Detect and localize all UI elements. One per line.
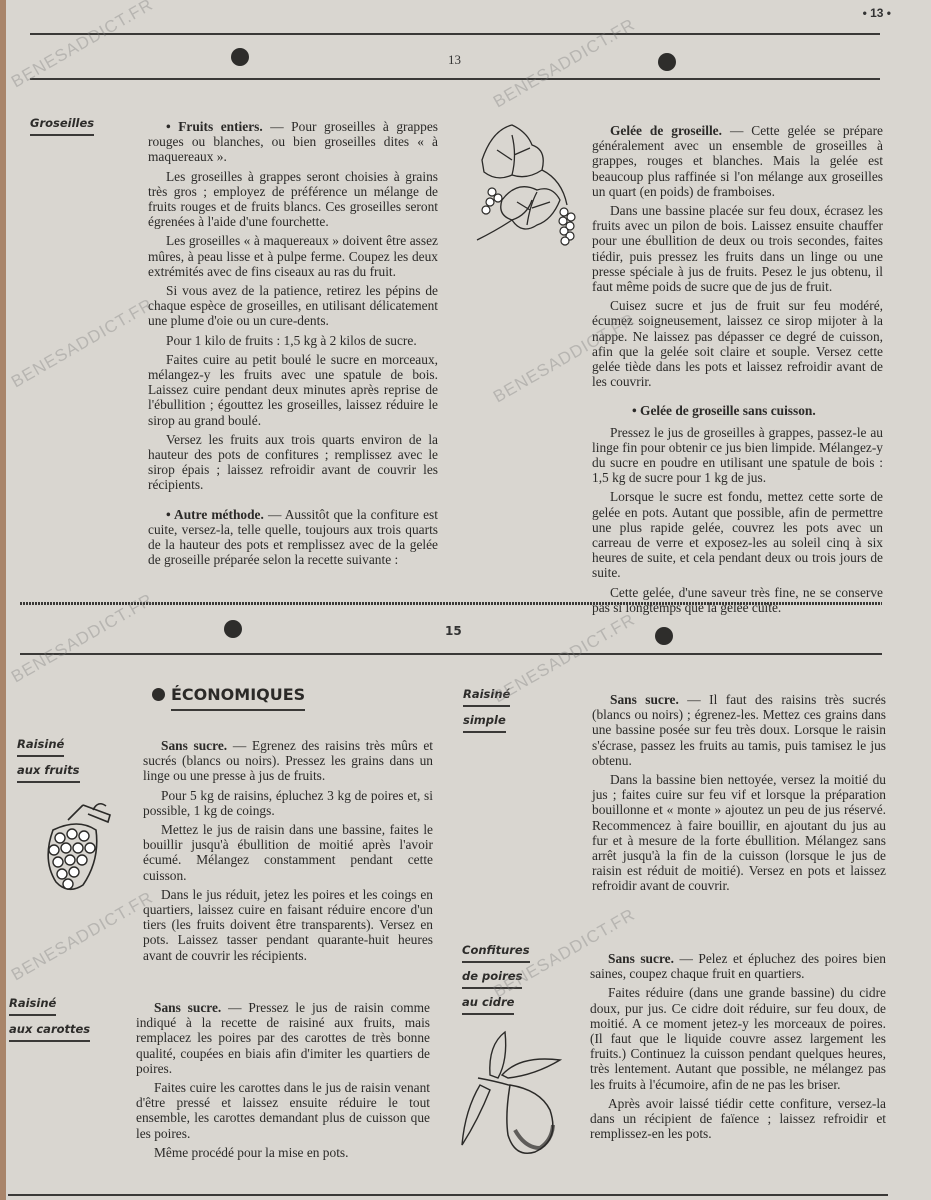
watermark-text: BENESADDICT.FR <box>8 295 157 393</box>
header-rule-bottom <box>30 78 880 80</box>
article-groseilles-fruits-entiers: • Fruits entiers. — Pour groseilles à gr… <box>148 119 438 571</box>
paragraph: Cuisez sucre et jus de fruit sur feu mod… <box>592 298 883 389</box>
paragraph: Pressez le jus de groseilles à grappes, … <box>592 425 883 486</box>
lead-in: Gelée de groseille. <box>610 123 722 138</box>
bullet-dot-icon <box>152 688 165 701</box>
article-confitures-de-poires-au-cidre: Sans sucre. — Pelez et épluchez des poir… <box>590 951 886 1145</box>
lead-in: • Autre méthode. <box>166 507 264 522</box>
paragraph: Dans une bassine placée sur feu doux, éc… <box>592 203 883 294</box>
article-raisine-simple: Sans sucre. — Il faut des raisins très s… <box>592 692 886 898</box>
article-raisine-aux-carottes: Sans sucre. — Pressez le jus de raisin c… <box>136 1000 430 1164</box>
grape-bunch-illustration <box>38 800 113 895</box>
lead-in: Sans sucre. <box>610 692 679 707</box>
paragraph: • Autre méthode. — Aussitôt que la confi… <box>148 507 438 568</box>
pear-illustration <box>460 1030 575 1160</box>
article-gelee-de-groseille: Gelée de groseille. — Cette gelée se pré… <box>592 123 883 619</box>
article-raisine-aux-fruits: Sans sucre. — Egrenez des raisins très m… <box>143 738 433 967</box>
currant-branch-illustration <box>472 120 590 250</box>
paragraph: Les groseilles « à maquereaux » doivent … <box>148 233 438 279</box>
paragraph: Dans le jus réduit, jetez les poires et … <box>143 887 433 963</box>
paragraph: Sans sucre. — Pressez le jus de raisin c… <box>136 1000 430 1076</box>
paragraph: Les groseilles à grappes seront choisies… <box>148 169 438 230</box>
paragraph: Versez les fruits aux trois quarts envir… <box>148 432 438 493</box>
lead-in: Sans sucre. <box>161 738 227 753</box>
side-label-confitures-de-poires-au-cidre: Confitures de poires au cidre <box>462 943 530 1021</box>
paragraph: Gelée de groseille. — Cette gelée se pré… <box>592 123 883 199</box>
side-label-raisine-aux-carottes: Raisiné aux carottes <box>9 996 90 1048</box>
paragraph: Dans la bassine bien nettoyée, versez la… <box>592 772 886 894</box>
paragraph: Mettez le jus de raisin dans une bassine… <box>143 822 433 883</box>
paragraph: Même procédé pour la mise en pots. <box>136 1145 430 1160</box>
side-label-raisine-aux-fruits: Raisiné aux fruits <box>17 737 80 789</box>
paragraph: Cette gelée, d'une saveur très fine, ne … <box>592 585 883 615</box>
footer-rule <box>8 1194 888 1196</box>
corner-folio: • 13 • <box>863 6 891 20</box>
paragraph: • Fruits entiers. — Pour groseilles à gr… <box>148 119 438 165</box>
paragraph: Faites cuire les carottes dans le jus de… <box>136 1080 430 1141</box>
page-number-bottom: 15 <box>445 624 462 638</box>
paragraph: Faites cuire au petit boulé le sucre en … <box>148 352 438 428</box>
paragraph: Lorsque le sucre est fondu, mettez cette… <box>592 489 883 580</box>
lead-in: • Fruits entiers. <box>166 119 263 134</box>
lead-in: Sans sucre. <box>608 951 674 966</box>
binding-spine <box>0 0 6 1200</box>
side-label-groseilles: Groseilles <box>30 116 94 142</box>
bullet-dot-icon <box>231 48 249 66</box>
paragraph: Si vous avez de la patience, retirez les… <box>148 283 438 329</box>
watermark-text: BENESADDICT.FR <box>8 888 157 986</box>
paragraph: Sans sucre. — Pelez et épluchez des poir… <box>590 951 886 981</box>
lead-in: Sans sucre. <box>154 1000 221 1015</box>
paragraph: Après avoir laissé tiédir cette confitur… <box>590 1096 886 1142</box>
paragraph: Pour 5 kg de raisins, épluchez 3 kg de p… <box>143 788 433 818</box>
section-title-economiques: ÉCONOMIQUES <box>152 685 305 704</box>
bullet-dot-icon <box>655 627 673 645</box>
paragraph: Sans sucre. — Egrenez des raisins très m… <box>143 738 433 784</box>
header-rule-top <box>30 33 880 35</box>
paragraph: Faites réduire (dans une grande bassine)… <box>590 985 886 1091</box>
page-separator-dotted <box>20 602 882 605</box>
section-rule <box>20 653 882 655</box>
subheading-gelee-sans-cuisson: • Gelée de groseille sans cuisson. <box>592 403 883 418</box>
paragraph: Pour 1 kilo de fruits : 1,5 kg à 2 kilos… <box>148 333 438 348</box>
watermark-text: BENESADDICT.FR <box>490 15 639 113</box>
bullet-dot-icon <box>224 620 242 638</box>
bullet-dot-icon <box>658 53 676 71</box>
side-label-raisine-simple: Raisiné simple <box>463 687 510 739</box>
page-number-top: 13 <box>448 52 461 68</box>
paragraph: Sans sucre. — Il faut des raisins très s… <box>592 692 886 768</box>
